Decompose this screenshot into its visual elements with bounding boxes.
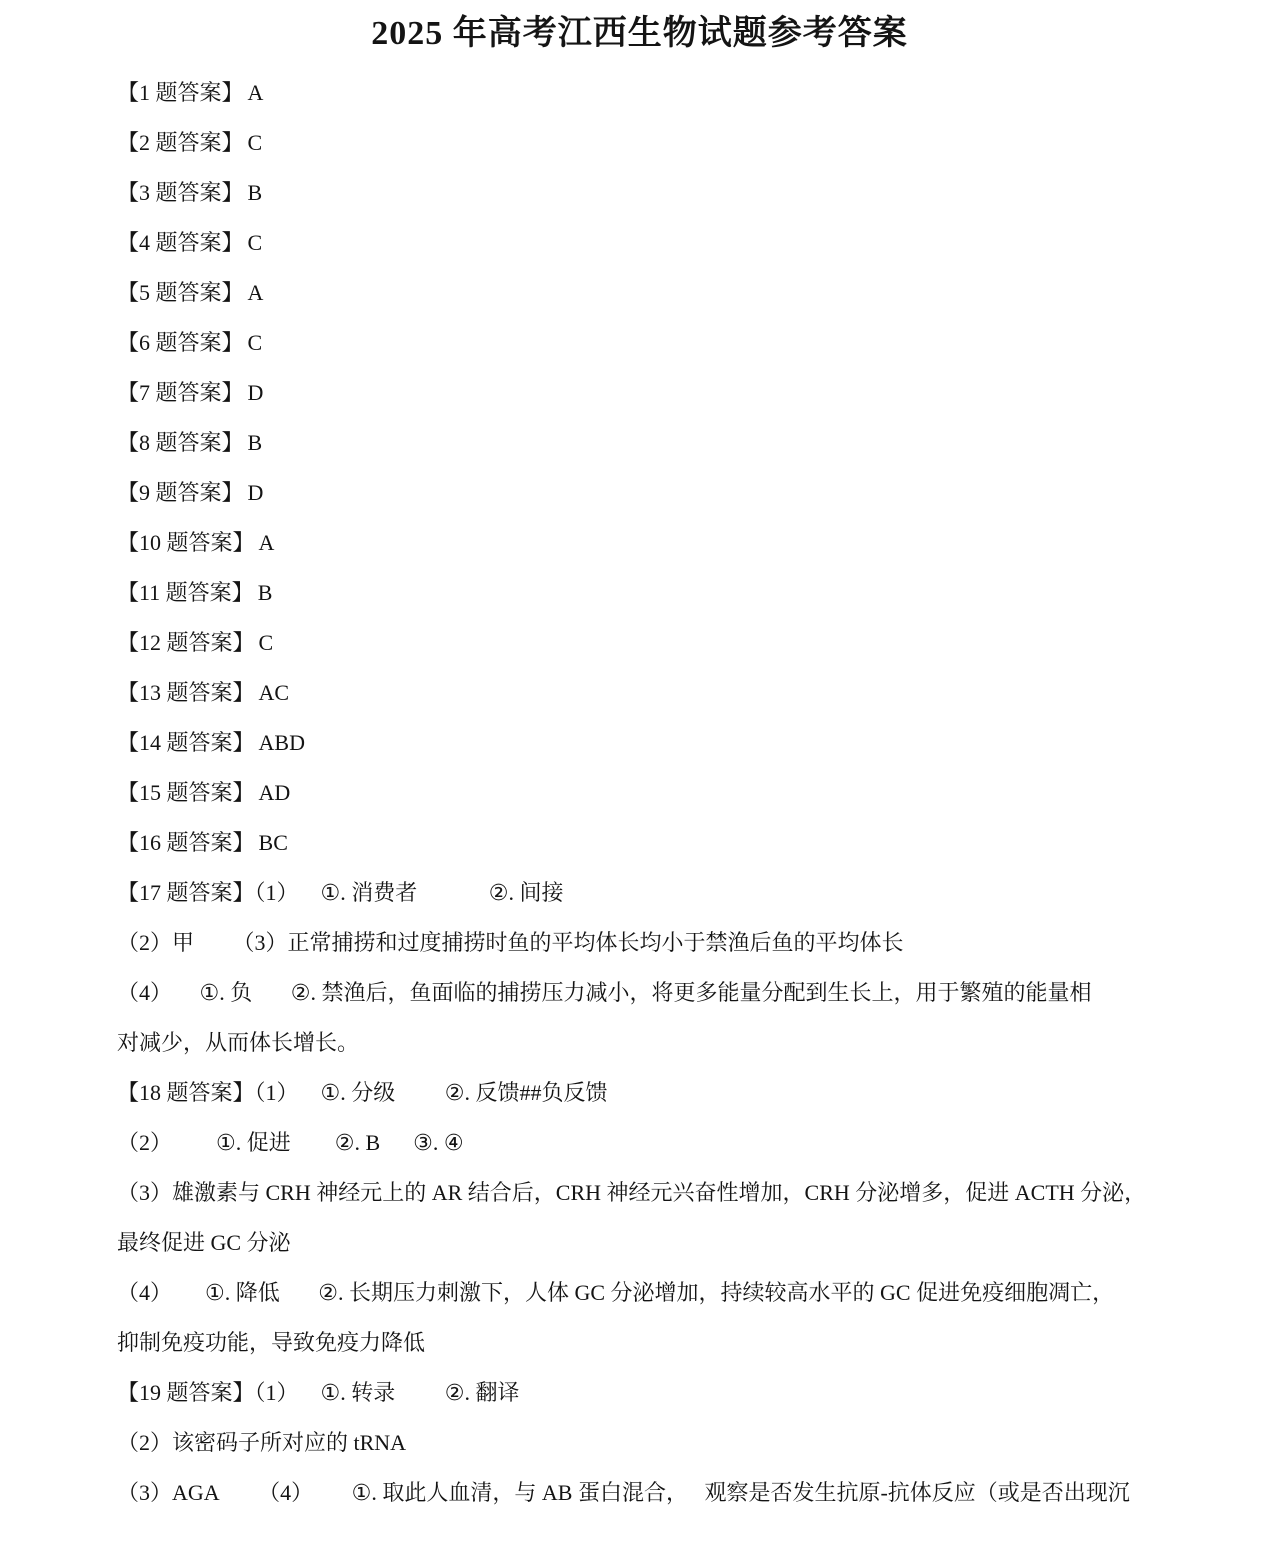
answer-value: A [259, 530, 275, 555]
q18-answer-line-4: 最终促进 GC 分泌 [117, 1218, 1199, 1268]
q17-answer-line-1: 【17 题答案】（1） ①. 消费者 ②. 间接 [117, 868, 1199, 918]
answer-row-9: 【9 题答案】D [117, 468, 1199, 518]
answer-row-5: 【5 题答案】A [117, 268, 1199, 318]
answer-value: B [248, 430, 263, 455]
answer-row-3: 【3 题答案】B [117, 168, 1199, 218]
question-label: 【3 题答案】 [117, 180, 244, 205]
answer-value: ABD [259, 730, 305, 755]
answer-value: BC [259, 830, 288, 855]
q18-answer-line-2: （2） ①. 促进 ②. B ③. ④ [117, 1118, 1199, 1168]
answer-value: A [248, 80, 264, 105]
answer-row-16: 【16 题答案】BC [117, 818, 1199, 868]
answer-value: A [248, 280, 264, 305]
q17-answer-line-2: （2）甲 （3）正常捕捞和过度捕捞时鱼的平均体长均小于禁渔后鱼的平均体长 [117, 918, 1199, 968]
question-label: 【11 题答案】 [117, 580, 254, 605]
question-label: 【9 题答案】 [117, 480, 244, 505]
question-label: 【4 题答案】 [117, 230, 244, 255]
answer-value: C [259, 630, 274, 655]
q19-answer-line-2: （2）该密码子所对应的 tRNA [117, 1418, 1199, 1468]
answer-row-6: 【6 题答案】C [117, 318, 1199, 368]
answer-value: B [248, 180, 263, 205]
answer-row-2: 【2 题答案】C [117, 118, 1199, 168]
document-title: 2025 年高考江西生物试题参考答案 [0, 0, 1279, 54]
answers-content: 【1 题答案】A 【2 题答案】C 【3 题答案】B 【4 题答案】C 【5 题… [0, 68, 1279, 1518]
answer-row-14: 【14 题答案】ABD [117, 718, 1199, 768]
question-label: 【14 题答案】 [117, 730, 255, 755]
answer-row-1: 【1 题答案】A [117, 68, 1199, 118]
q18-answer-line-5: （4） ①. 降低 ②. 长期压力刺激下，人体 GC 分泌增加，持续较高水平的 … [117, 1268, 1199, 1318]
answer-row-15: 【15 题答案】AD [117, 768, 1199, 818]
question-label: 【16 题答案】 [117, 830, 255, 855]
answer-row-11: 【11 题答案】B [117, 568, 1199, 618]
question-label: 【13 题答案】 [117, 680, 255, 705]
answer-row-8: 【8 题答案】B [117, 418, 1199, 468]
question-label: 【6 题答案】 [117, 330, 244, 355]
question-label: 【15 题答案】 [117, 780, 255, 805]
question-label: 【5 题答案】 [117, 280, 244, 305]
q18-answer-line-6: 抑制免疫功能，导致免疫力降低 [117, 1318, 1199, 1368]
answer-value: C [248, 130, 263, 155]
answer-value: D [248, 480, 264, 505]
answer-value: C [248, 230, 263, 255]
question-label: 【10 题答案】 [117, 530, 255, 555]
question-label: 【12 题答案】 [117, 630, 255, 655]
answer-value: C [248, 330, 263, 355]
answer-row-13: 【13 题答案】AC [117, 668, 1199, 718]
question-label: 【1 题答案】 [117, 80, 244, 105]
question-label: 【7 题答案】 [117, 380, 244, 405]
q18-answer-line-3: （3）雄激素与 CRH 神经元上的 AR 结合后，CRH 神经元兴奋性增加，CR… [117, 1168, 1199, 1218]
answer-row-12: 【12 题答案】C [117, 618, 1199, 668]
q19-answer-line-1: 【19 题答案】（1） ①. 转录 ②. 翻译 [117, 1368, 1199, 1418]
q19-answer-line-3: （3）AGA （4） ①. 取此人血清，与 AB 蛋白混合， 观察是否发生抗原-… [117, 1468, 1199, 1518]
q17-answer-line-4: 对减少，从而体长增长。 [117, 1018, 1199, 1068]
exam-answer-document: 2025 年高考江西生物试题参考答案 【1 题答案】A 【2 题答案】C 【3 … [0, 0, 1279, 1543]
answer-row-4: 【4 题答案】C [117, 218, 1199, 268]
answer-value: AD [259, 780, 291, 805]
answer-value: AC [259, 680, 290, 705]
answer-value: D [248, 380, 264, 405]
q18-answer-line-1: 【18 题答案】（1） ①. 分级 ②. 反馈##负反馈 [117, 1068, 1199, 1118]
answer-row-7: 【7 题答案】D [117, 368, 1199, 418]
q17-answer-line-3: （4） ①. 负 ②. 禁渔后，鱼面临的捕捞压力减小，将更多能量分配到生长上，用… [117, 968, 1199, 1018]
answer-value: B [258, 580, 273, 605]
question-label: 【8 题答案】 [117, 430, 244, 455]
question-label: 【2 题答案】 [117, 130, 244, 155]
answer-row-10: 【10 题答案】A [117, 518, 1199, 568]
